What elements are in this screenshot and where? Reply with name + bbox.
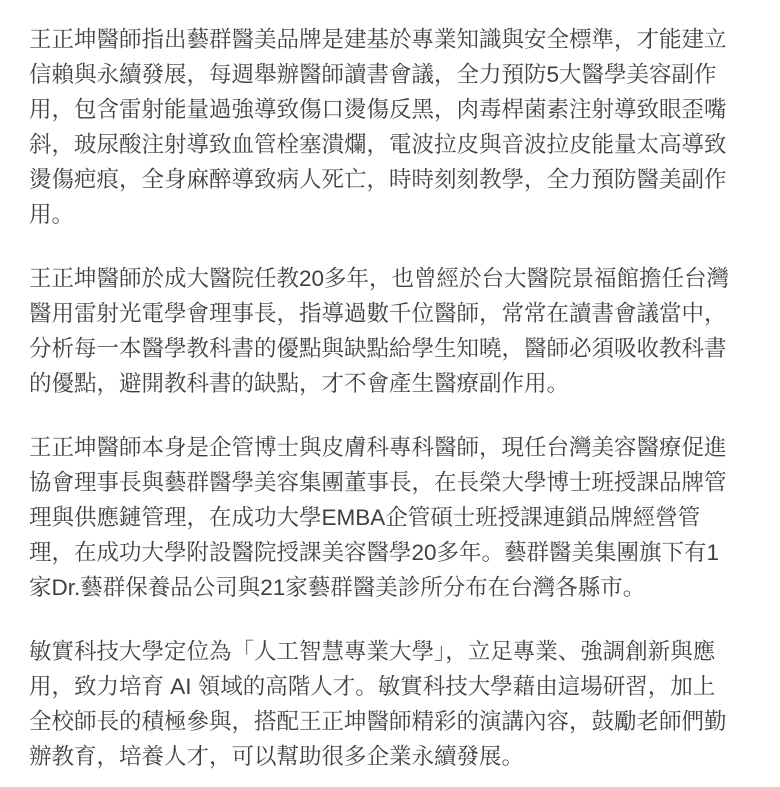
article-body: 王正坤醫師指出藝群醫美品牌是建基於專業知識與安全標準，才能建立信賴與永續發展，每… <box>0 0 780 774</box>
article-paragraph-brand-safety: 王正坤醫師指出藝群醫美品牌是建基於專業知識與安全標準，才能建立信賴與永續發展，每… <box>29 22 731 232</box>
article-paragraph-credentials: 王正坤醫師本身是企管博士與皮膚科專科醫師，現任台灣美容醫療促進協會理事長與藝群醫… <box>29 430 731 605</box>
article-paragraph-teaching-career: 王正坤醫師於成大醫院任教20多年，也曾經於台大醫院景福館擔任台灣醫用雷射光電學會… <box>29 261 731 401</box>
article-paragraph-university: 敏實科技大學定位為「人工智慧專業大學」，立足專業、強調創新與應用，致力培育 AI… <box>29 634 731 774</box>
